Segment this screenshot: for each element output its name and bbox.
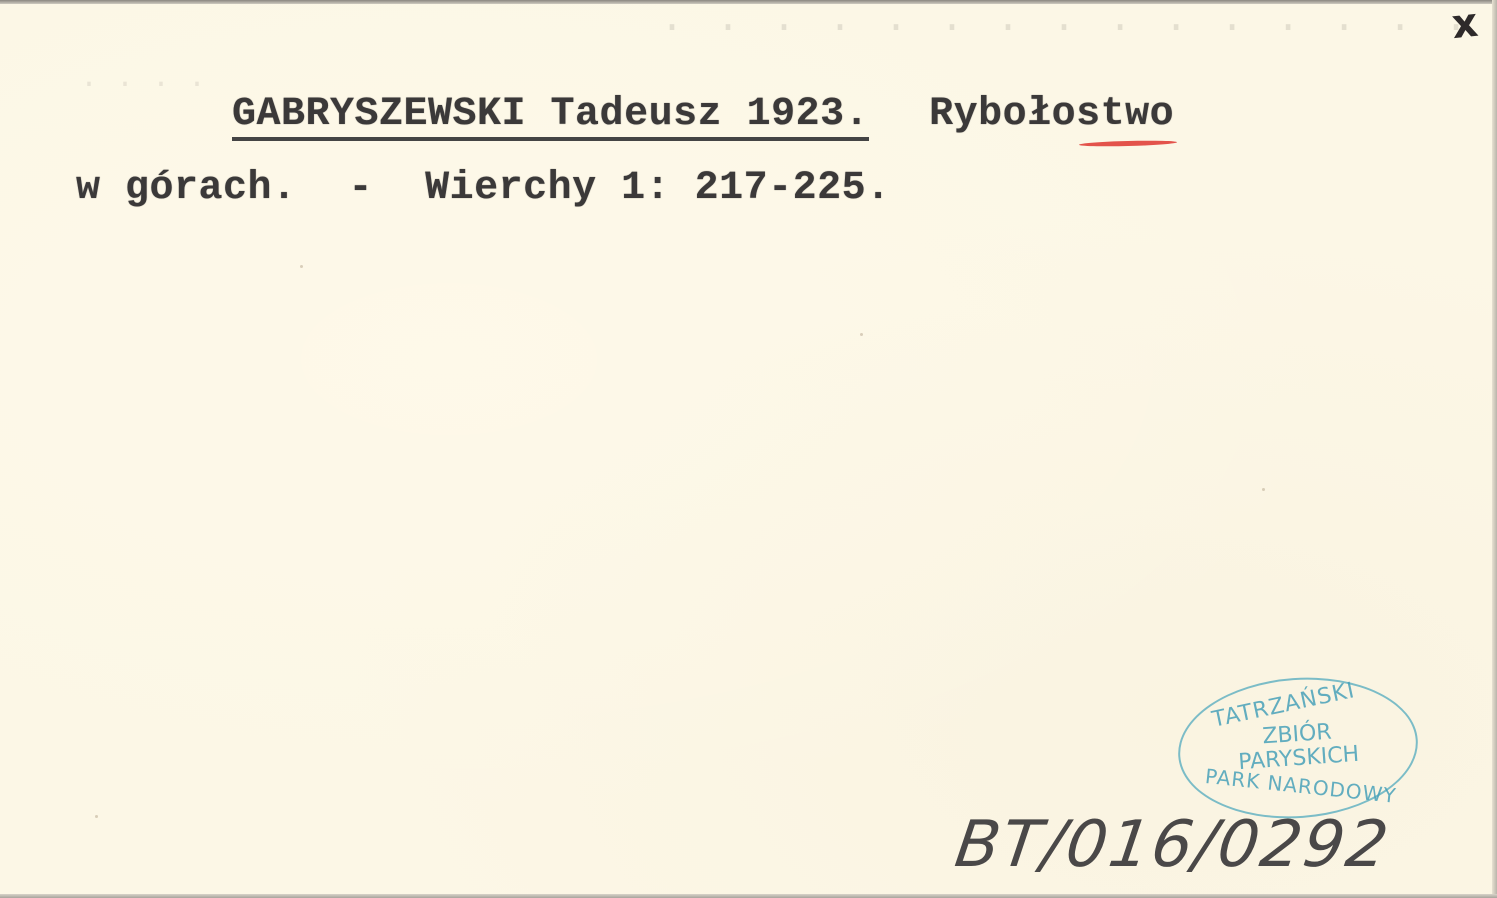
card-top-edge xyxy=(0,0,1497,4)
title-continued: w górach. xyxy=(76,166,297,211)
entry-line-2: w górach.-Wierchy 1: 217-225. xyxy=(76,166,891,211)
separator-dash: - xyxy=(349,166,374,211)
catalog-card: · · · · · · · · · · · · · · · · · · · x … xyxy=(0,0,1497,898)
source-citation: Wierchy 1: 217-225. xyxy=(425,166,891,211)
author-heading: GABRYSZEWSKI Tadeusz 1923. xyxy=(232,95,869,141)
handwritten-call-number: BT/016/0292 xyxy=(951,808,1395,882)
bleed-through-text-left: · · · · xyxy=(80,68,206,102)
card-bottom-edge xyxy=(0,894,1497,898)
title-start: Rybołostwo xyxy=(929,95,1174,135)
paper-speck xyxy=(95,815,98,818)
paper-speck xyxy=(860,333,863,336)
card-right-edge xyxy=(1492,0,1497,898)
corner-x-mark: x xyxy=(1450,3,1480,45)
library-stamp: TATRZAŃSKI ZBIÓR PARYSKICH PARK NARODOWY xyxy=(1173,670,1422,826)
paper-speck xyxy=(300,265,303,268)
paper-speck xyxy=(1262,488,1265,491)
red-pencil-underline xyxy=(1079,140,1177,148)
title-start-text: Rybołostwo xyxy=(929,92,1174,137)
entry-line-1: GABRYSZEWSKI Tadeusz 1923.Rybołostwo xyxy=(232,92,1174,141)
bleed-through-text: · · · · · · · · · · · · · · · xyxy=(660,6,1472,51)
